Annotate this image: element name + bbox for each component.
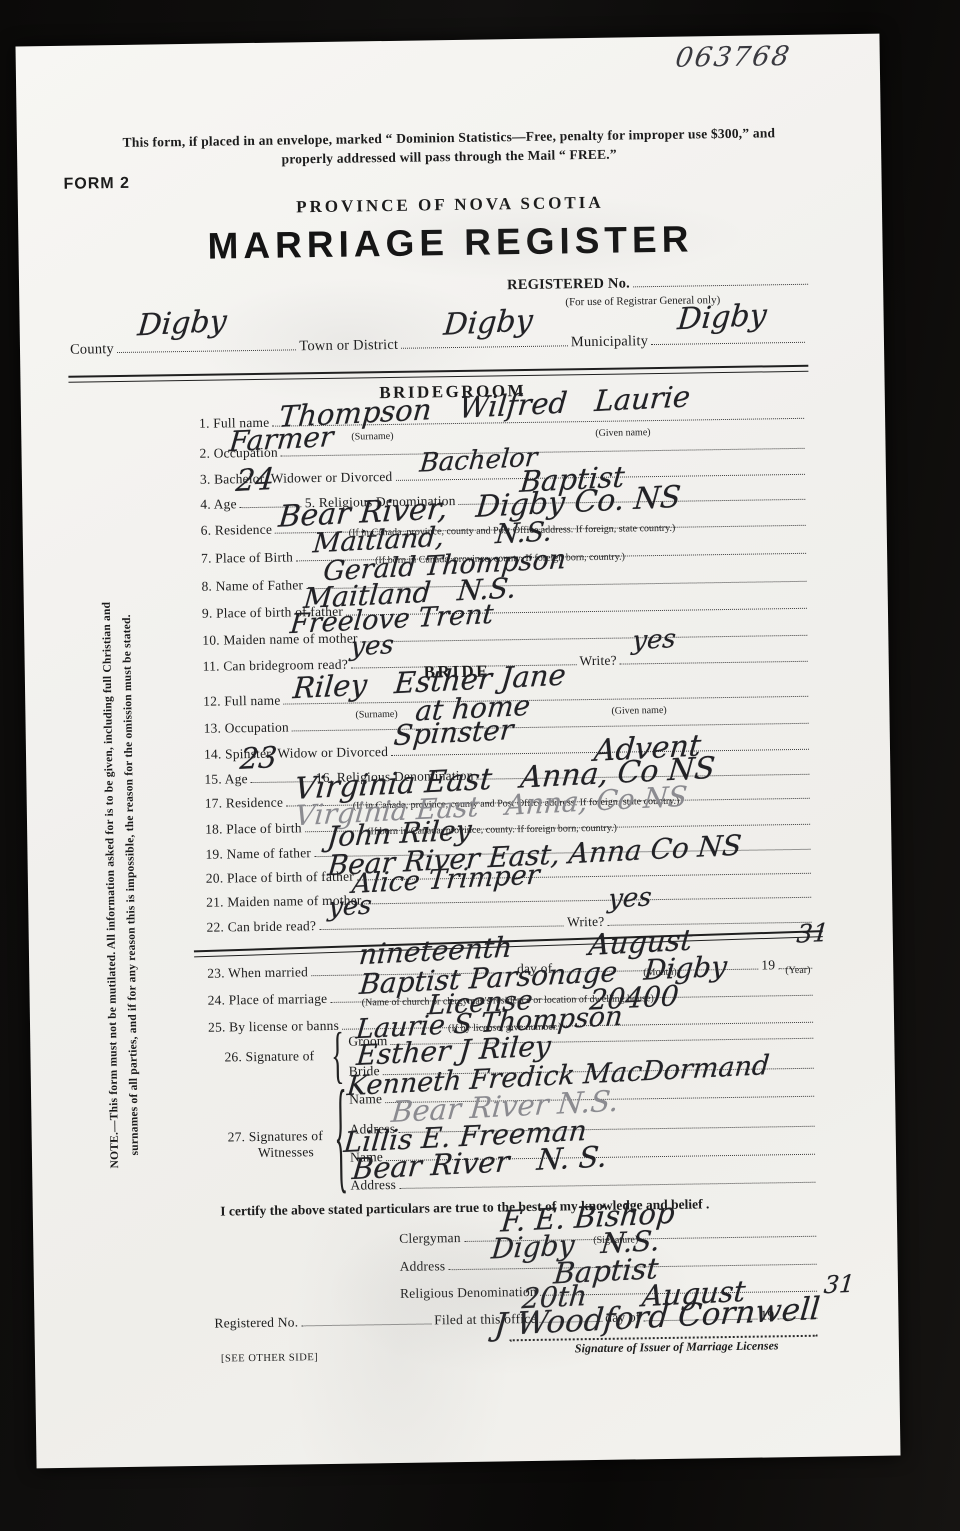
groom-can-read-value: yes: [349, 630, 395, 662]
clergyman-denomination-label: Religious Denomination: [400, 1284, 537, 1302]
municipality-value: Digby: [676, 298, 768, 338]
when-married-year-value: 31: [795, 918, 829, 949]
signature-of-label: 26. Signature of: [224, 1048, 314, 1065]
county-label: County: [70, 341, 114, 359]
dotted-line: [633, 282, 808, 288]
given-name-hint: (Given name): [595, 427, 650, 439]
groom-father-label: 8. Name of Father: [201, 577, 303, 595]
clergyman-label: Clergyman: [399, 1230, 461, 1247]
issuer-signature-caption: Signature of Issuer of Marriage Licenses: [575, 1338, 779, 1356]
town-district-value: Digby: [442, 303, 534, 343]
groom-age-value: 24: [234, 462, 275, 499]
bride-status-value: Spinster: [392, 713, 515, 752]
municipality-label: Municipality: [571, 333, 649, 351]
town-district-label: Town or District: [299, 337, 398, 355]
registered-no-bottom-label: Registered No.: [214, 1314, 298, 1331]
dotted-line: [361, 633, 808, 643]
year-prefix: 19: [761, 957, 775, 973]
dotted-line: [319, 923, 564, 930]
registered-no-label: REGISTERED No.: [507, 275, 630, 294]
left-margin-note: NOTE.—This form must not be mutilated. A…: [95, 572, 164, 1197]
dotted-line: [281, 446, 805, 457]
license-banns-label: 25. By license or banns: [208, 1018, 339, 1036]
bride-father-label: 19. Name of father: [205, 845, 311, 863]
scanned-marriage-register: { "stamp_number": "063768", "header": { …: [0, 0, 960, 1531]
filed-year-value: 31: [823, 1270, 856, 1300]
clergyman-address-label: Address: [400, 1258, 446, 1275]
groom-status-label: 3. Bachelor, Widower or Divorced: [200, 469, 393, 488]
bride-fullname-label: 12. Full name: [203, 693, 280, 710]
groom-can-write-value: yes: [631, 624, 677, 656]
year-hint: (Year): [785, 965, 810, 976]
bride-age-value: 23: [239, 740, 279, 776]
bride-can-write-value: yes: [607, 882, 653, 914]
witnesses-label-line1: 27. Signatures of: [228, 1128, 323, 1145]
dotted-line: [401, 343, 568, 348]
dotted-line: [651, 340, 805, 345]
bride-can-read-value: yes: [327, 890, 373, 922]
province-heading: PROVINCE OF NOVA SCOTIA: [18, 189, 882, 222]
dotted-line: [117, 347, 296, 353]
surname-hint: (Surname): [351, 431, 393, 443]
form-number-label: FORM 2: [63, 175, 130, 194]
form-paper: 063768 This form, if placed in an envelo…: [16, 34, 901, 1469]
witnesses-label-line2: Witnesses: [258, 1144, 314, 1161]
bride-birthplace-label: 18. Place of birth: [205, 820, 302, 837]
certification-statement: I certify the above stated particulars a…: [153, 1195, 777, 1220]
dotted-line: [365, 895, 812, 905]
groom-occupation-value: Farmer: [228, 420, 335, 458]
page-title: MARRIAGE REGISTER: [18, 216, 883, 271]
place-of-marriage-label: 24. Place of marriage: [208, 991, 328, 1009]
see-other-side-note: [SEE OTHER SIDE]: [221, 1352, 318, 1364]
dotted-line: [301, 1321, 431, 1326]
when-married-label: 23. When married: [207, 964, 308, 981]
serial-number-stamp: 063768: [673, 41, 793, 74]
county-value: Digby: [136, 304, 228, 344]
dotted-line: [399, 1180, 815, 1189]
bride-residence-label: 17. Residence: [205, 795, 284, 812]
groom-residence-label: 6. Residence: [201, 522, 273, 539]
bride-can-read-label: 22. Can bride read?: [206, 918, 316, 936]
dotted-line: [292, 721, 809, 732]
groom-birthplace-label: 7. Place of Birth: [201, 549, 293, 566]
bride-occupation-label: 13. Occupation: [204, 720, 290, 737]
groom-age-label: 4. Age: [200, 496, 237, 513]
bride-status-label: 14. Spinster, Widow or Divorced: [204, 744, 388, 763]
